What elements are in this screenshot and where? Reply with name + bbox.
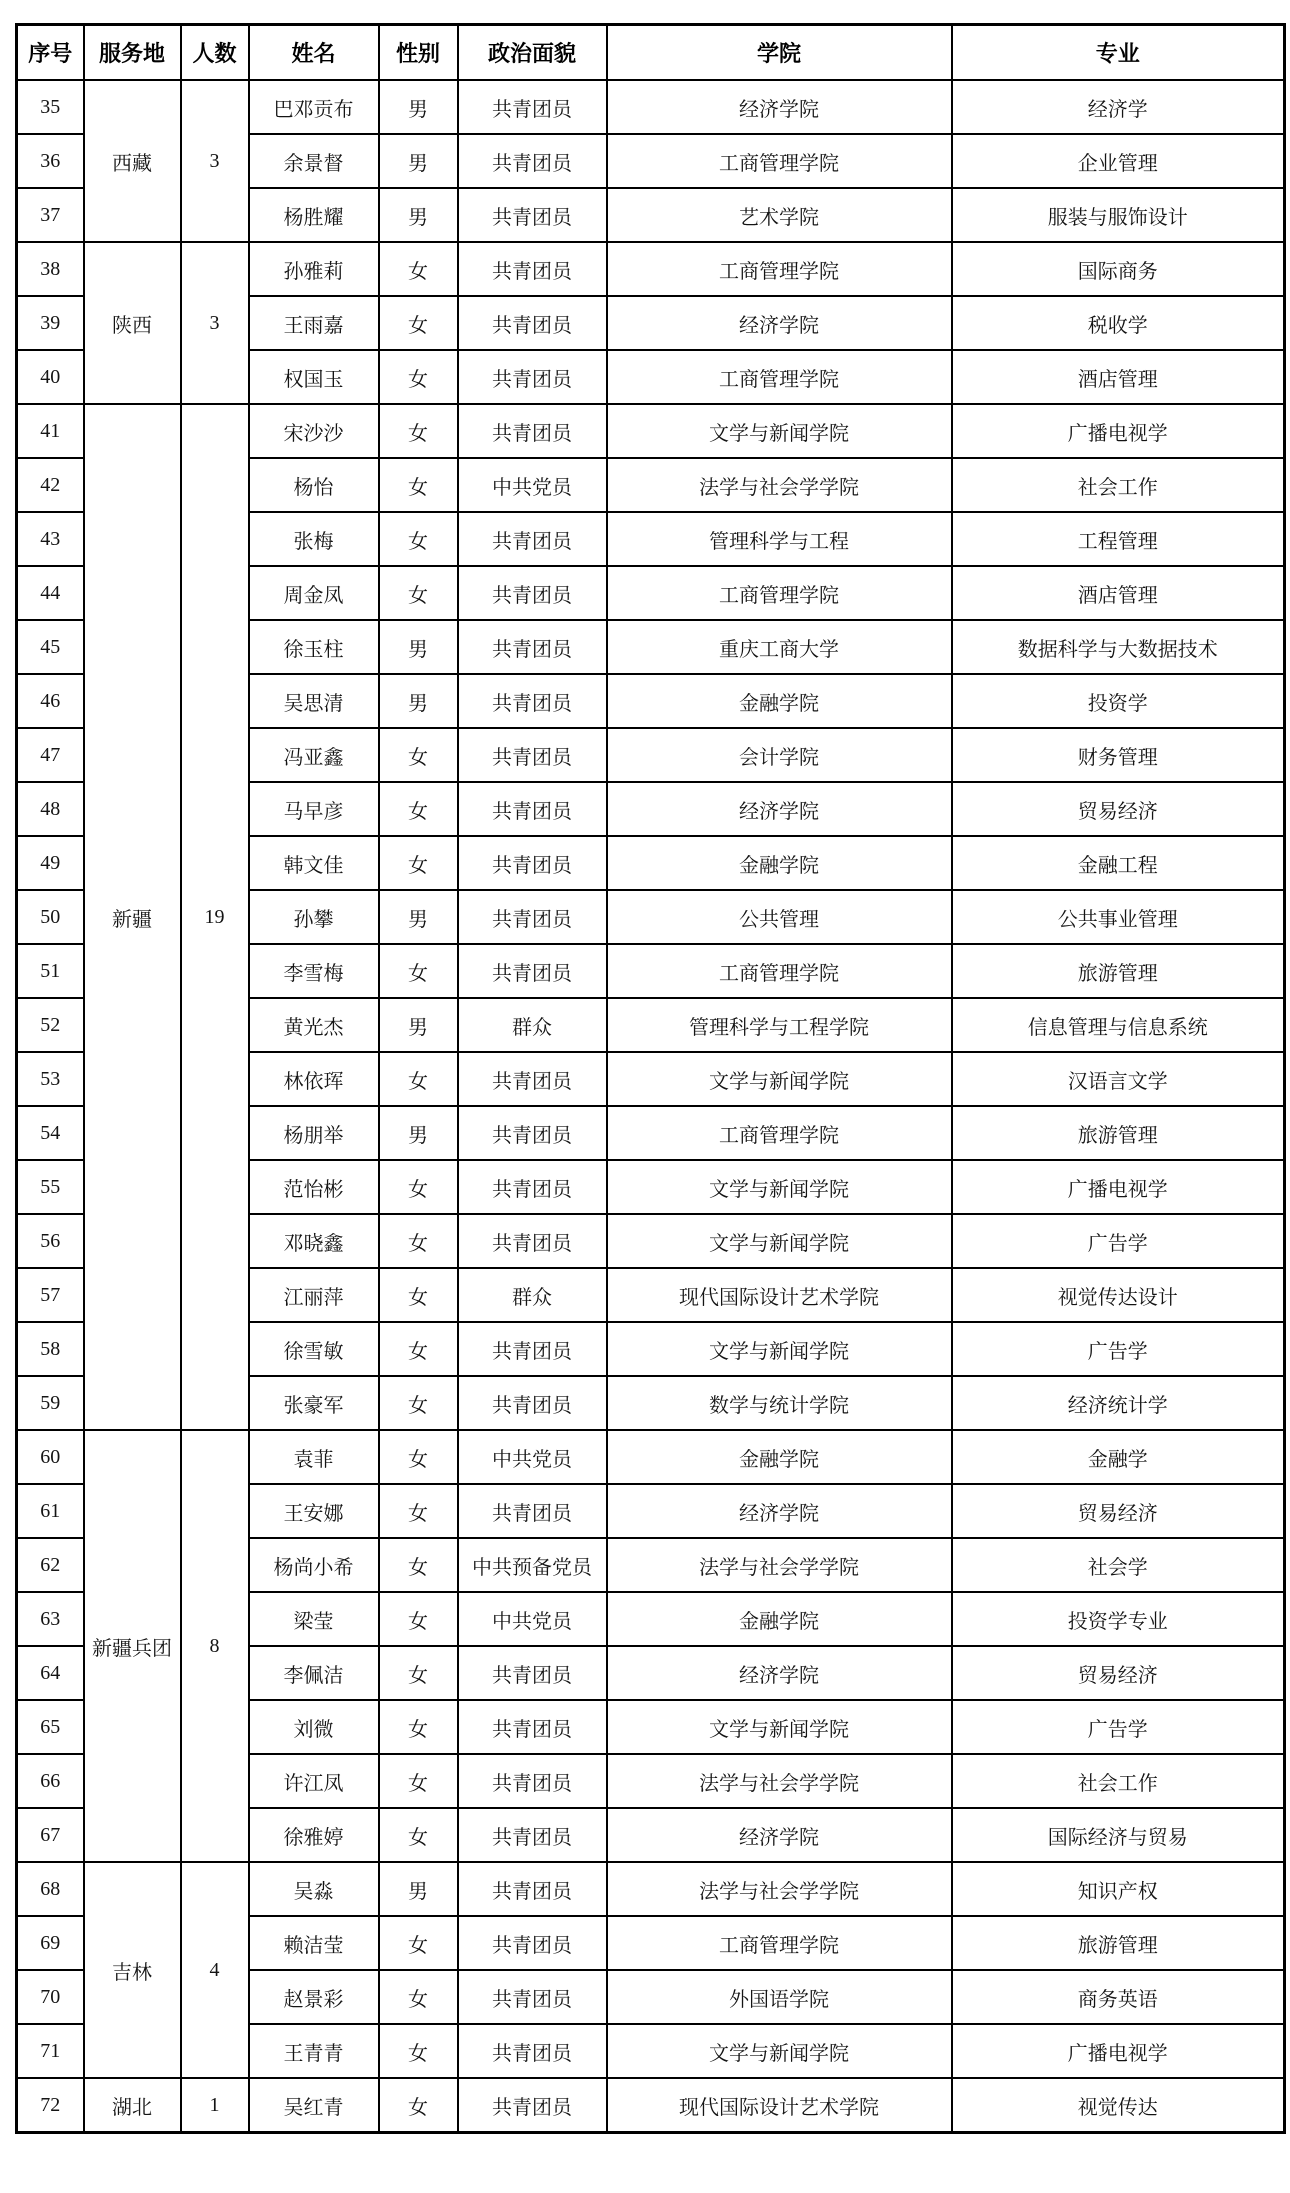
gender-cell: 女 <box>379 1700 458 1754</box>
serial-cell: 53 <box>17 1052 84 1106</box>
major-cell: 经济统计学 <box>952 1376 1285 1430</box>
politics-cell: 中共党员 <box>458 1592 607 1646</box>
politics-cell: 共青团员 <box>458 1916 607 1970</box>
serial-cell: 65 <box>17 1700 84 1754</box>
politics-cell: 群众 <box>458 998 607 1052</box>
gender-cell: 女 <box>379 1268 458 1322</box>
location-cell: 陕西 <box>84 242 181 404</box>
politics-cell: 共青团员 <box>458 2078 607 2133</box>
politics-cell: 共青团员 <box>458 674 607 728</box>
major-cell: 商务英语 <box>952 1970 1285 2024</box>
count-cell: 3 <box>181 242 249 404</box>
serial-cell: 41 <box>17 404 84 458</box>
major-cell: 公共事业管理 <box>952 890 1285 944</box>
college-cell: 外国语学院 <box>607 1970 952 2024</box>
gender-cell: 女 <box>379 2078 458 2133</box>
major-cell: 广播电视学 <box>952 2024 1285 2078</box>
serial-cell: 40 <box>17 350 84 404</box>
politics-cell: 共青团员 <box>458 242 607 296</box>
major-cell: 广播电视学 <box>952 404 1285 458</box>
major-cell: 数据科学与大数据技术 <box>952 620 1285 674</box>
serial-cell: 60 <box>17 1430 84 1484</box>
name-cell: 袁菲 <box>249 1430 379 1484</box>
major-cell: 国际经济与贸易 <box>952 1808 1285 1862</box>
location-header: 服务地 <box>84 25 181 81</box>
gender-cell: 女 <box>379 1322 458 1376</box>
major-cell: 金融学 <box>952 1430 1285 1484</box>
major-header: 专业 <box>952 25 1285 81</box>
serial-cell: 49 <box>17 836 84 890</box>
politics-cell: 共青团员 <box>458 566 607 620</box>
college-cell: 现代国际设计艺术学院 <box>607 1268 952 1322</box>
politics-cell: 共青团员 <box>458 296 607 350</box>
count-cell: 19 <box>181 404 249 1430</box>
location-cell: 西藏 <box>84 80 181 242</box>
politics-cell: 共青团员 <box>458 1700 607 1754</box>
politics-cell: 共青团员 <box>458 1808 607 1862</box>
name-cell: 张豪军 <box>249 1376 379 1430</box>
name-cell: 马早彦 <box>249 782 379 836</box>
college-cell: 工商管理学院 <box>607 944 952 998</box>
serial-cell: 56 <box>17 1214 84 1268</box>
politics-cell: 共青团员 <box>458 1646 607 1700</box>
gender-cell: 男 <box>379 188 458 242</box>
gender-cell: 女 <box>379 782 458 836</box>
college-cell: 金融学院 <box>607 674 952 728</box>
college-cell: 会计学院 <box>607 728 952 782</box>
roster-table: 序号服务地人数姓名性别政治面貌学院专业 35西藏3巴邓贡布男共青团员经济学院经济… <box>15 23 1286 2134</box>
major-cell: 旅游管理 <box>952 1106 1285 1160</box>
name-header: 姓名 <box>249 25 379 81</box>
header-row: 序号服务地人数姓名性别政治面貌学院专业 <box>17 25 1285 81</box>
politics-cell: 共青团员 <box>458 1484 607 1538</box>
gender-cell: 女 <box>379 1808 458 1862</box>
serial-cell: 58 <box>17 1322 84 1376</box>
name-cell: 周金凤 <box>249 566 379 620</box>
gender-cell: 男 <box>379 1862 458 1916</box>
serial-cell: 67 <box>17 1808 84 1862</box>
college-cell: 经济学院 <box>607 80 952 134</box>
gender-cell: 女 <box>379 944 458 998</box>
serial-cell: 70 <box>17 1970 84 2024</box>
serial-cell: 36 <box>17 134 84 188</box>
college-cell: 法学与社会学学院 <box>607 1754 952 1808</box>
college-cell: 工商管理学院 <box>607 566 952 620</box>
serial-cell: 57 <box>17 1268 84 1322</box>
politics-cell: 共青团员 <box>458 1160 607 1214</box>
table-row: 60新疆兵团8袁菲女中共党员金融学院金融学 <box>17 1430 1285 1484</box>
name-cell: 林依珲 <box>249 1052 379 1106</box>
politics-cell: 共青团员 <box>458 890 607 944</box>
serial-cell: 61 <box>17 1484 84 1538</box>
major-cell: 酒店管理 <box>952 350 1285 404</box>
major-cell: 视觉传达设计 <box>952 1268 1285 1322</box>
table-row: 68吉林4吴淼男共青团员法学与社会学学院知识产权 <box>17 1862 1285 1916</box>
major-cell: 国际商务 <box>952 242 1285 296</box>
name-cell: 梁莹 <box>249 1592 379 1646</box>
serial-cell: 44 <box>17 566 84 620</box>
name-cell: 邓晓鑫 <box>249 1214 379 1268</box>
gender-cell: 女 <box>379 404 458 458</box>
college-cell: 艺术学院 <box>607 188 952 242</box>
college-cell: 工商管理学院 <box>607 350 952 404</box>
table-row: 35西藏3巴邓贡布男共青团员经济学院经济学 <box>17 80 1285 134</box>
college-cell: 经济学院 <box>607 1646 952 1700</box>
college-cell: 工商管理学院 <box>607 242 952 296</box>
major-cell: 经济学 <box>952 80 1285 134</box>
table-body: 35西藏3巴邓贡布男共青团员经济学院经济学36余景督男共青团员工商管理学院企业管… <box>17 80 1285 2133</box>
serial-cell: 39 <box>17 296 84 350</box>
serial-cell: 64 <box>17 1646 84 1700</box>
name-cell: 吴思清 <box>249 674 379 728</box>
college-cell: 经济学院 <box>607 296 952 350</box>
gender-cell: 女 <box>379 1538 458 1592</box>
serial-cell: 59 <box>17 1376 84 1430</box>
college-cell: 数学与统计学院 <box>607 1376 952 1430</box>
name-cell: 许江凤 <box>249 1754 379 1808</box>
serial-cell: 35 <box>17 80 84 134</box>
major-cell: 社会学 <box>952 1538 1285 1592</box>
politics-cell: 共青团员 <box>458 620 607 674</box>
politics-cell: 共青团员 <box>458 782 607 836</box>
college-cell: 现代国际设计艺术学院 <box>607 2078 952 2133</box>
location-cell: 新疆 <box>84 404 181 1430</box>
serial-cell: 45 <box>17 620 84 674</box>
major-cell: 广告学 <box>952 1214 1285 1268</box>
college-cell: 金融学院 <box>607 1430 952 1484</box>
serial-cell: 47 <box>17 728 84 782</box>
politics-cell: 共青团员 <box>458 1106 607 1160</box>
name-cell: 韩文佳 <box>249 836 379 890</box>
name-cell: 李佩洁 <box>249 1646 379 1700</box>
name-cell: 李雪梅 <box>249 944 379 998</box>
major-cell: 广播电视学 <box>952 1160 1285 1214</box>
gender-cell: 女 <box>379 1970 458 2024</box>
major-cell: 财务管理 <box>952 728 1285 782</box>
college-cell: 文学与新闻学院 <box>607 1700 952 1754</box>
college-cell: 法学与社会学学院 <box>607 1862 952 1916</box>
name-cell: 宋沙沙 <box>249 404 379 458</box>
politics-cell: 共青团员 <box>458 1214 607 1268</box>
serial-cell: 38 <box>17 242 84 296</box>
gender-cell: 女 <box>379 1052 458 1106</box>
major-cell: 贸易经济 <box>952 1646 1285 1700</box>
name-cell: 杨尚小希 <box>249 1538 379 1592</box>
serial-header: 序号 <box>17 25 84 81</box>
politics-cell: 共青团员 <box>458 512 607 566</box>
politics-cell: 共青团员 <box>458 350 607 404</box>
document-page: 序号服务地人数姓名性别政治面貌学院专业 35西藏3巴邓贡布男共青团员经济学院经济… <box>0 0 1290 2193</box>
gender-cell: 女 <box>379 1430 458 1484</box>
serial-cell: 37 <box>17 188 84 242</box>
location-cell: 吉林 <box>84 1862 181 2078</box>
major-cell: 税收学 <box>952 296 1285 350</box>
gender-cell: 男 <box>379 80 458 134</box>
politics-header: 政治面貌 <box>458 25 607 81</box>
table-row: 38陕西3孙雅莉女共青团员工商管理学院国际商务 <box>17 242 1285 296</box>
name-cell: 冯亚鑫 <box>249 728 379 782</box>
college-cell: 经济学院 <box>607 1484 952 1538</box>
count-header: 人数 <box>181 25 249 81</box>
serial-cell: 71 <box>17 2024 84 2078</box>
politics-cell: 共青团员 <box>458 188 607 242</box>
table-row: 41新疆19宋沙沙女共青团员文学与新闻学院广播电视学 <box>17 404 1285 458</box>
gender-cell: 女 <box>379 2024 458 2078</box>
serial-cell: 43 <box>17 512 84 566</box>
count-cell: 4 <box>181 1862 249 2078</box>
politics-cell: 共青团员 <box>458 134 607 188</box>
gender-cell: 女 <box>379 458 458 512</box>
gender-cell: 女 <box>379 1160 458 1214</box>
gender-cell: 女 <box>379 1376 458 1430</box>
gender-cell: 女 <box>379 1646 458 1700</box>
major-cell: 投资学 <box>952 674 1285 728</box>
serial-cell: 68 <box>17 1862 84 1916</box>
college-cell: 文学与新闻学院 <box>607 1214 952 1268</box>
college-cell: 管理科学与工程 <box>607 512 952 566</box>
serial-cell: 51 <box>17 944 84 998</box>
major-cell: 投资学专业 <box>952 1592 1285 1646</box>
politics-cell: 共青团员 <box>458 1862 607 1916</box>
serial-cell: 62 <box>17 1538 84 1592</box>
gender-header: 性别 <box>379 25 458 81</box>
politics-cell: 群众 <box>458 1268 607 1322</box>
name-cell: 王雨嘉 <box>249 296 379 350</box>
politics-cell: 共青团员 <box>458 404 607 458</box>
college-cell: 经济学院 <box>607 782 952 836</box>
gender-cell: 女 <box>379 1484 458 1538</box>
major-cell: 贸易经济 <box>952 1484 1285 1538</box>
gender-cell: 女 <box>379 1916 458 1970</box>
major-cell: 企业管理 <box>952 134 1285 188</box>
name-cell: 王安娜 <box>249 1484 379 1538</box>
serial-cell: 72 <box>17 2078 84 2133</box>
name-cell: 范怡彬 <box>249 1160 379 1214</box>
major-cell: 工程管理 <box>952 512 1285 566</box>
name-cell: 孙雅莉 <box>249 242 379 296</box>
major-cell: 旅游管理 <box>952 944 1285 998</box>
name-cell: 赖洁莹 <box>249 1916 379 1970</box>
serial-cell: 69 <box>17 1916 84 1970</box>
major-cell: 知识产权 <box>952 1862 1285 1916</box>
name-cell: 张梅 <box>249 512 379 566</box>
politics-cell: 共青团员 <box>458 1754 607 1808</box>
college-cell: 经济学院 <box>607 1808 952 1862</box>
gender-cell: 女 <box>379 350 458 404</box>
count-cell: 8 <box>181 1430 249 1862</box>
major-cell: 信息管理与信息系统 <box>952 998 1285 1052</box>
gender-cell: 男 <box>379 998 458 1052</box>
gender-cell: 男 <box>379 134 458 188</box>
gender-cell: 女 <box>379 1754 458 1808</box>
name-cell: 吴淼 <box>249 1862 379 1916</box>
count-cell: 3 <box>181 80 249 242</box>
major-cell: 服装与服饰设计 <box>952 188 1285 242</box>
gender-cell: 男 <box>379 1106 458 1160</box>
college-cell: 公共管理 <box>607 890 952 944</box>
name-cell: 巴邓贡布 <box>249 80 379 134</box>
name-cell: 吴红青 <box>249 2078 379 2133</box>
college-cell: 工商管理学院 <box>607 134 952 188</box>
gender-cell: 女 <box>379 1592 458 1646</box>
politics-cell: 共青团员 <box>458 1322 607 1376</box>
college-cell: 法学与社会学学院 <box>607 458 952 512</box>
college-cell: 文学与新闻学院 <box>607 1322 952 1376</box>
serial-cell: 63 <box>17 1592 84 1646</box>
name-cell: 孙攀 <box>249 890 379 944</box>
serial-cell: 46 <box>17 674 84 728</box>
name-cell: 杨胜耀 <box>249 188 379 242</box>
gender-cell: 女 <box>379 566 458 620</box>
college-cell: 管理科学与工程学院 <box>607 998 952 1052</box>
politics-cell: 共青团员 <box>458 836 607 890</box>
serial-cell: 50 <box>17 890 84 944</box>
major-cell: 酒店管理 <box>952 566 1285 620</box>
gender-cell: 男 <box>379 674 458 728</box>
serial-cell: 42 <box>17 458 84 512</box>
gender-cell: 女 <box>379 296 458 350</box>
location-cell: 新疆兵团 <box>84 1430 181 1862</box>
college-cell: 文学与新闻学院 <box>607 2024 952 2078</box>
major-cell: 广告学 <box>952 1700 1285 1754</box>
politics-cell: 共青团员 <box>458 1052 607 1106</box>
politics-cell: 共青团员 <box>458 1970 607 2024</box>
politics-cell: 共青团员 <box>458 1376 607 1430</box>
major-cell: 贸易经济 <box>952 782 1285 836</box>
major-cell: 旅游管理 <box>952 1916 1285 1970</box>
name-cell: 权国玉 <box>249 350 379 404</box>
name-cell: 江丽萍 <box>249 1268 379 1322</box>
politics-cell: 共青团员 <box>458 80 607 134</box>
major-cell: 金融工程 <box>952 836 1285 890</box>
politics-cell: 中共党员 <box>458 1430 607 1484</box>
college-cell: 文学与新闻学院 <box>607 404 952 458</box>
college-header: 学院 <box>607 25 952 81</box>
politics-cell: 中共预备党员 <box>458 1538 607 1592</box>
gender-cell: 女 <box>379 836 458 890</box>
major-cell: 广告学 <box>952 1322 1285 1376</box>
name-cell: 杨怡 <box>249 458 379 512</box>
college-cell: 文学与新闻学院 <box>607 1160 952 1214</box>
politics-cell: 共青团员 <box>458 2024 607 2078</box>
college-cell: 工商管理学院 <box>607 1916 952 1970</box>
gender-cell: 男 <box>379 620 458 674</box>
table-header: 序号服务地人数姓名性别政治面貌学院专业 <box>17 25 1285 81</box>
major-cell: 汉语言文学 <box>952 1052 1285 1106</box>
name-cell: 刘微 <box>249 1700 379 1754</box>
serial-cell: 66 <box>17 1754 84 1808</box>
gender-cell: 男 <box>379 890 458 944</box>
name-cell: 赵景彩 <box>249 1970 379 2024</box>
serial-cell: 52 <box>17 998 84 1052</box>
name-cell: 徐玉柱 <box>249 620 379 674</box>
location-cell: 湖北 <box>84 2078 181 2133</box>
table-row: 72湖北1吴红青女共青团员现代国际设计艺术学院视觉传达 <box>17 2078 1285 2133</box>
college-cell: 工商管理学院 <box>607 1106 952 1160</box>
serial-cell: 54 <box>17 1106 84 1160</box>
major-cell: 社会工作 <box>952 458 1285 512</box>
name-cell: 王青青 <box>249 2024 379 2078</box>
college-cell: 法学与社会学学院 <box>607 1538 952 1592</box>
name-cell: 徐雪敏 <box>249 1322 379 1376</box>
count-cell: 1 <box>181 2078 249 2133</box>
name-cell: 杨朋举 <box>249 1106 379 1160</box>
college-cell: 金融学院 <box>607 1592 952 1646</box>
politics-cell: 共青团员 <box>458 944 607 998</box>
name-cell: 黄光杰 <box>249 998 379 1052</box>
major-cell: 视觉传达 <box>952 2078 1285 2133</box>
serial-cell: 48 <box>17 782 84 836</box>
college-cell: 重庆工商大学 <box>607 620 952 674</box>
college-cell: 金融学院 <box>607 836 952 890</box>
gender-cell: 女 <box>379 728 458 782</box>
major-cell: 社会工作 <box>952 1754 1285 1808</box>
name-cell: 余景督 <box>249 134 379 188</box>
college-cell: 文学与新闻学院 <box>607 1052 952 1106</box>
name-cell: 徐雅婷 <box>249 1808 379 1862</box>
politics-cell: 中共党员 <box>458 458 607 512</box>
gender-cell: 女 <box>379 512 458 566</box>
gender-cell: 女 <box>379 1214 458 1268</box>
serial-cell: 55 <box>17 1160 84 1214</box>
politics-cell: 共青团员 <box>458 728 607 782</box>
gender-cell: 女 <box>379 242 458 296</box>
